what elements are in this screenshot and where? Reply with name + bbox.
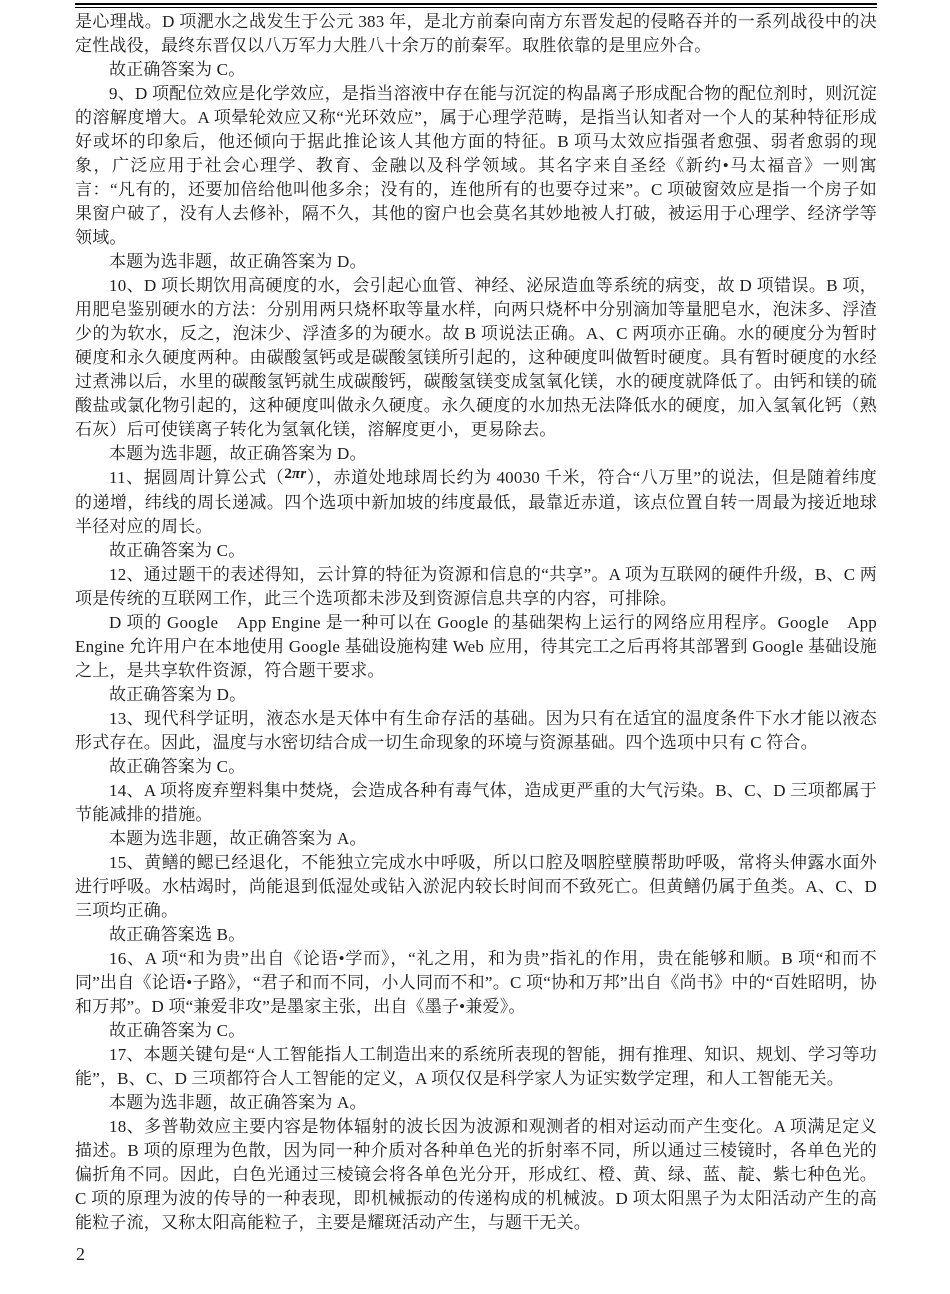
answer-line-q15: 故正确答案选 B。: [75, 923, 877, 947]
answer-line-q8: 故正确答案为 C。: [75, 58, 877, 82]
explanation-q11: 11、据圆周计算公式（2πr），赤道处地球周长约为 40030 千米，符合“八万…: [75, 466, 877, 539]
page-number: 2: [76, 1242, 85, 1266]
continuation-paragraph-q8: 是心理战。D 项淝水之战发生于公元 383 年，是北方前秦向南方东晋发起的侵略吞…: [75, 10, 877, 58]
explanation-q12-part2: D 项的 Google App Engine 是一种可以在 Google 的基础…: [75, 611, 877, 683]
document-body: 是心理战。D 项淝水之战发生于公元 383 年，是北方前秦向南方东晋发起的侵略吞…: [75, 10, 877, 1235]
answer-line-q17: 本题为选非题，故正确答案为 A。: [75, 1091, 877, 1115]
formula-prefix-text: 11、据圆周计算公式（: [109, 468, 284, 487]
formula-coefficient: 2: [284, 466, 292, 482]
explanation-q16: 16、A 项“和为贵”出自《论语•学而》，“礼之用，和为贵”指礼的作用，贵在能够…: [75, 947, 877, 1019]
answer-line-q10: 本题为选非题，故正确答案为 D。: [75, 442, 877, 466]
header-rule: [75, 3, 877, 8]
answer-line-q9: 本题为选非题，故正确答案为 D。: [75, 250, 877, 274]
explanation-q10: 10、D 项长期饮用高硬度的水，会引起心血管、神经、泌尿造血等系统的病变，故 D…: [75, 274, 877, 442]
answer-line-q13: 故正确答案为 C。: [75, 755, 877, 779]
answer-line-q11: 故正确答案为 C。: [75, 539, 877, 563]
circumference-formula: 2πr: [284, 466, 306, 482]
answer-line-q16: 故正确答案为 C。: [75, 1019, 877, 1043]
explanation-q17: 17、本题关键句是“人工智能指人工制造出来的系统所表现的智能，拥有推理、知识、规…: [75, 1043, 877, 1091]
answer-line-q14: 本题为选非题，故正确答案为 A。: [75, 827, 877, 851]
explanation-q18: 18、多普勒效应主要内容是物体辐射的波长因为波源和观测者的相对运动而产生变化。A…: [75, 1115, 877, 1235]
explanation-q9: 9、D 项配位效应是化学效应，是指当溶液中存在能与沉淀的构晶离子形成配合物的配位…: [75, 82, 877, 250]
explanation-q15: 15、黄鳝的鳃已经退化，不能独立完成水中呼吸，所以口腔及咽腔壁膜帮助呼吸，常将头…: [75, 851, 877, 923]
explanation-q14: 14、A 项将废弃塑料集中焚烧，会造成各种有毒气体，造成更严重的大气污染。B、C…: [75, 779, 877, 827]
answer-line-q12: 故正确答案为 D。: [75, 683, 877, 707]
explanation-q12-part1: 12、通过题干的表述得知，云计算的特征为资源和信息的“共享”。A 项为互联网的硬…: [75, 563, 877, 611]
document-page: 是心理战。D 项淝水之战发生于公元 383 年，是北方前秦向南方东晋发起的侵略吞…: [0, 0, 950, 1294]
formula-variables: πr: [292, 466, 306, 482]
explanation-q13: 13、现代科学证明，液态水是天体中有生命存活的基础。因为只有在适宜的温度条件下水…: [75, 707, 877, 755]
